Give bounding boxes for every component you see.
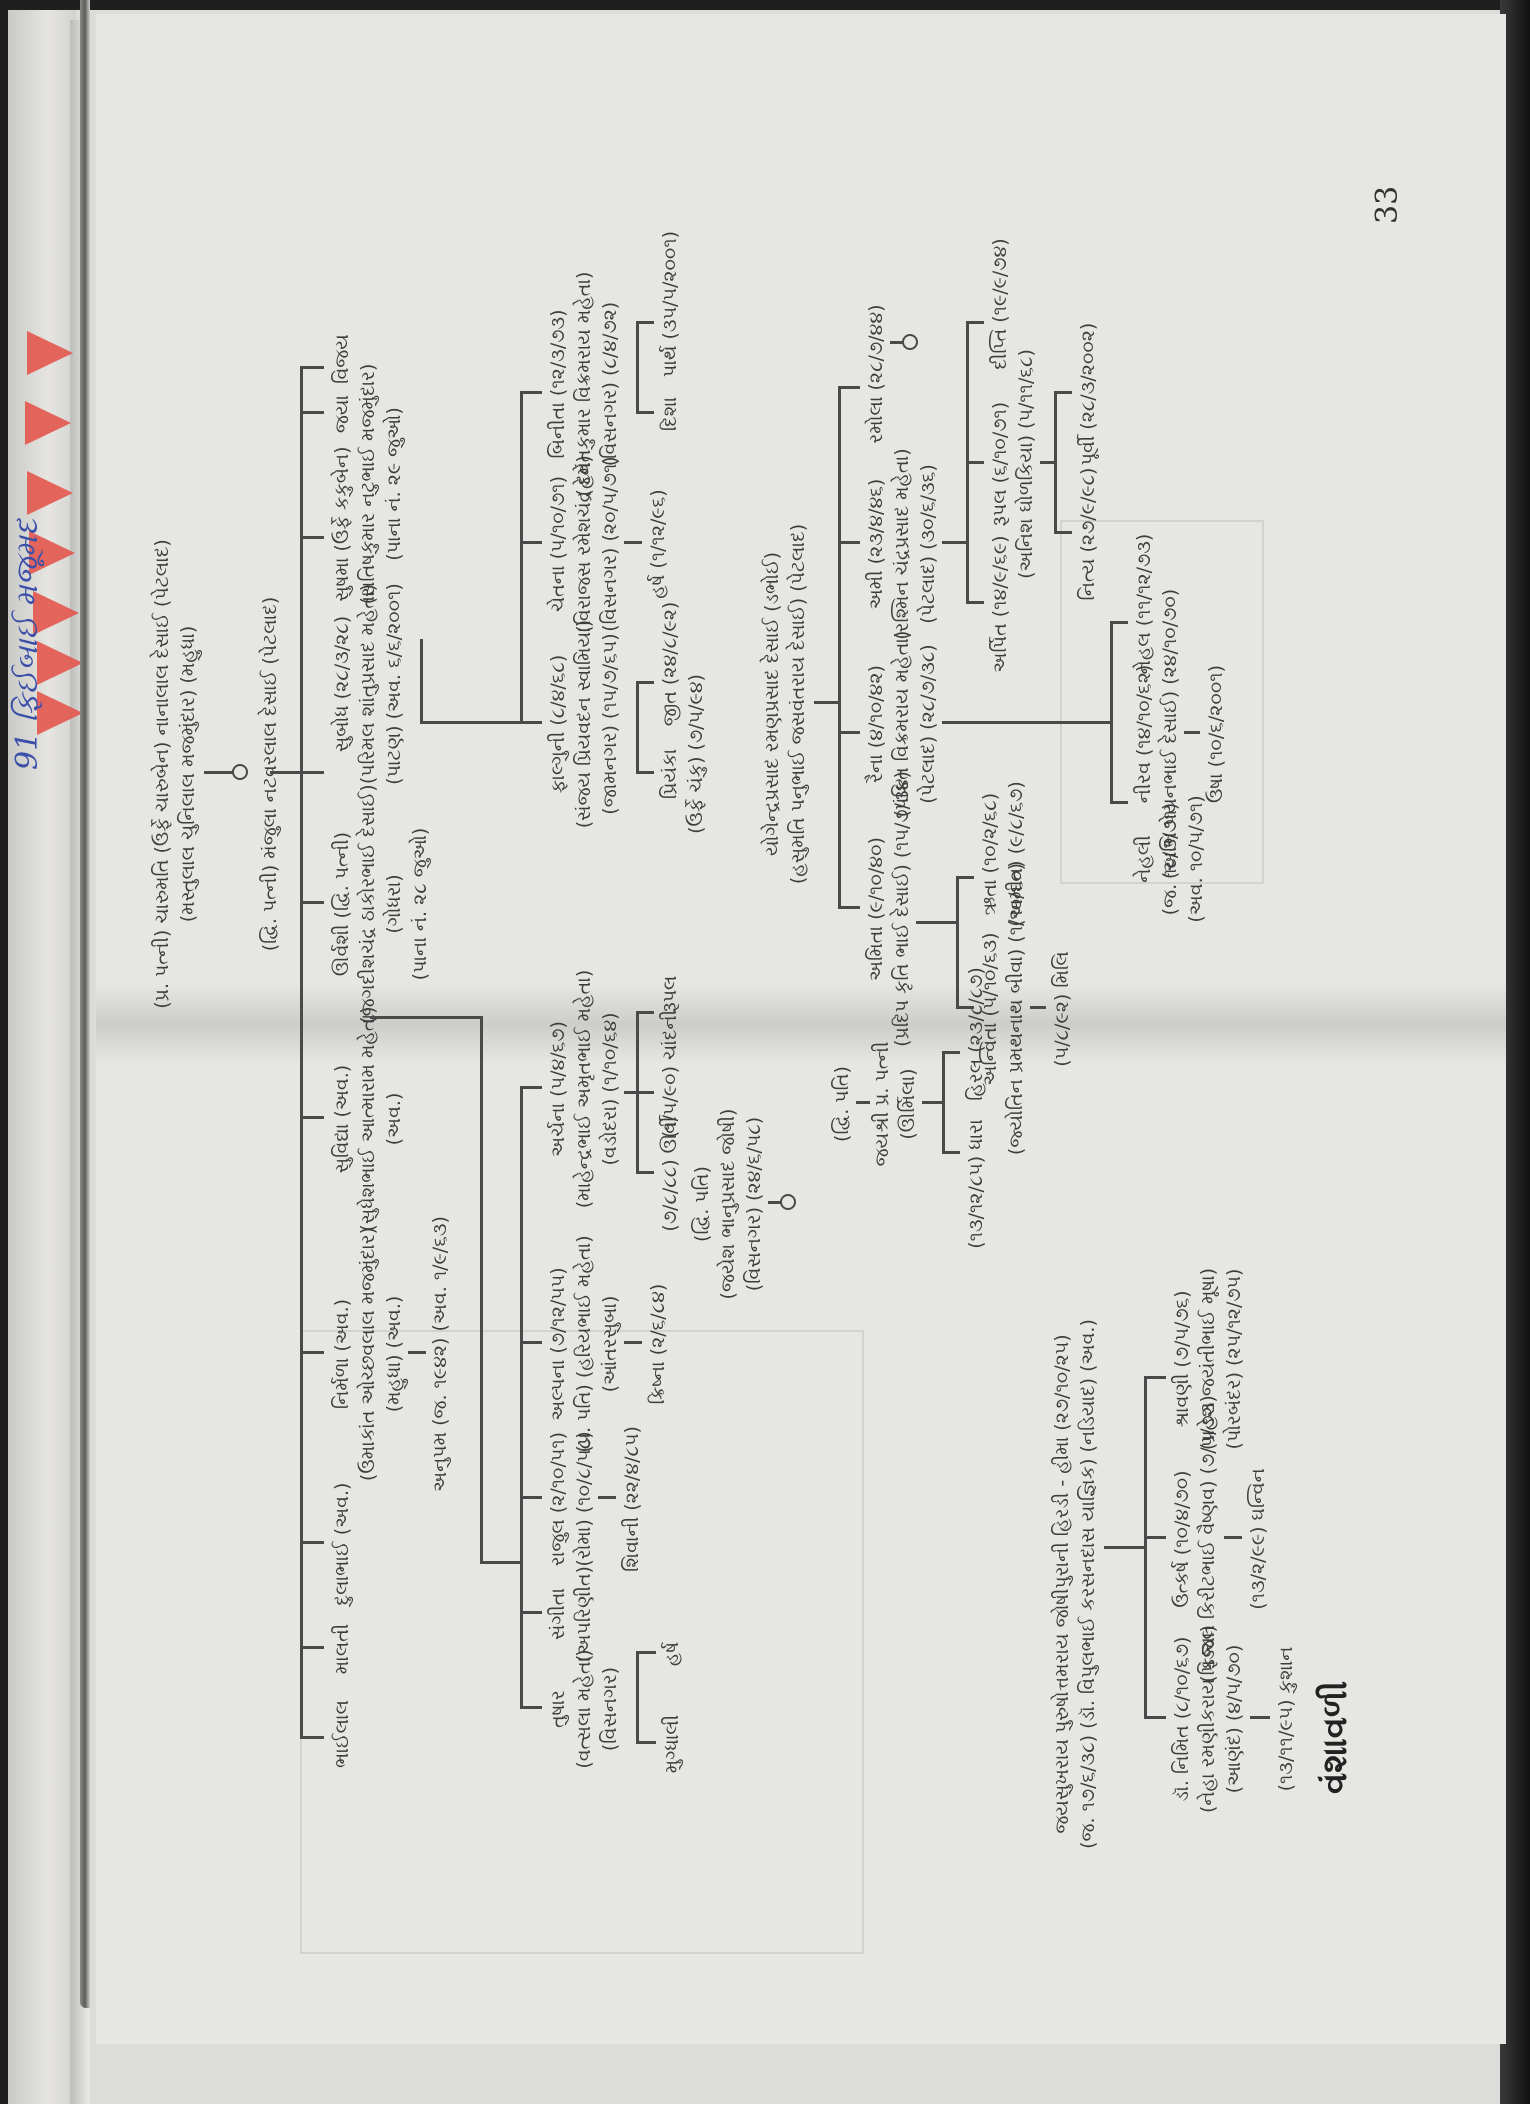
branch-head-line: યોગેન્દ્રપ્રસાદ રમણપ્રસાદ દેસાઈ (ડભોઈ)	[760, 552, 784, 856]
tree-connector	[636, 1091, 654, 1094]
grandchild-name: અનુપમ (જ. ૧૯૪૨) (અવ. ૧/૯/૬૩)	[428, 1216, 452, 1492]
great-grandchild-name: હર્ષ (૧/૧૨/૯૬)	[646, 489, 670, 598]
great-grandchild-name: પાર્થ (૩૫/૫/૨૦૦૧)	[658, 231, 682, 377]
grandchild-spouse: (રશ્મિન ચંદ્રપ્રસાદ મહેતા)	[890, 448, 914, 639]
great-grandchild-name: રૂપલ	[658, 976, 682, 1013]
grandchild-place: (વડોદરા) (૧/૧૦/૬૪)	[598, 1012, 622, 1165]
great-grandchild-name: રૂપલ (૬/૧૦/૭૧)	[988, 402, 1012, 526]
child-name: સુષમા (ઉર્ફે કકુબેન)	[330, 446, 354, 601]
tree-connector	[916, 921, 956, 924]
grandchild-spouse: (પ્ર. પતિ) (હરિયભાઈ મહેતા)	[572, 1235, 596, 1452]
tree-connector	[300, 1541, 324, 1544]
tree-connector	[520, 1611, 542, 1614]
child-name: ઊર્વશી (દ્વિ. પત્ની)	[330, 832, 354, 976]
grandchild-name: ડૉ. નિમિત (૮/૧૦/૬૭)	[1170, 1637, 1194, 1802]
tree-connector	[520, 394, 523, 724]
great-great-grandchild-name: (૫/૮/૯૨) મિલિ	[1050, 951, 1074, 1066]
tree-connector	[636, 684, 639, 774]
tree-connector	[624, 1091, 636, 1094]
tree-connector	[1104, 1546, 1144, 1549]
tree-connector	[838, 389, 841, 909]
tree-connector	[480, 1561, 520, 1564]
tree-connector	[856, 1101, 870, 1104]
tree-connector	[1144, 1376, 1166, 1379]
grandchild-name: (૧૩/૧૨/૮૫) ધારા	[964, 1119, 988, 1249]
great-great-grandchild-name: પૂર્વી (૨૮/૩/૨૦૦૨)	[1076, 323, 1100, 466]
child-place: (મહુધા) (અવ.)	[382, 1296, 406, 1413]
tree-connector	[966, 321, 984, 324]
great-grandchild-name: (૧/૫/૯૦) ચાંદની	[658, 1010, 682, 1138]
great-great-grandchild-name: નિત્ય (૨૭/૯/૯૮)	[1076, 468, 1100, 601]
page-number: 33	[1370, 186, 1405, 224]
tree-connector	[1250, 1716, 1270, 1719]
tree-connector	[300, 411, 324, 414]
tree-connector	[838, 386, 860, 389]
great-grandchild-name: દીપ્તિ (૧૯/૯/૭૪)	[988, 238, 1012, 369]
tree-connector	[838, 906, 860, 909]
tree-connector	[408, 1351, 426, 1354]
child-note: (પાના નં. ૨૯ જુઓ)	[382, 407, 406, 560]
tree-connector	[636, 681, 654, 684]
tree-connector	[636, 411, 654, 414]
tree-connector	[520, 1496, 542, 1499]
grandchild-name: અર્ચના (૫/૪/૬૭)	[546, 1021, 570, 1157]
tree-connector	[1030, 1006, 1046, 1009]
great-grandchild-name: નેહલી	[1132, 835, 1156, 882]
tree-connector	[1054, 394, 1057, 534]
tree-connector	[480, 1016, 483, 1564]
child-name: વિજય	[330, 334, 354, 384]
tree-connector	[922, 1101, 942, 1104]
tree-connector	[300, 1736, 324, 1739]
child-spouse: (જગદીશચંદ્ર ઠાકોરભાઈ દેસાઈ)	[356, 784, 380, 1023]
grandchild-spouse: (વત્સલા મહેતા)	[572, 1649, 596, 1768]
tree-connector	[300, 901, 324, 904]
branch-head-line: જયશ્રી પ્ર. પત્ની	[870, 1042, 894, 1167]
great-grandchild-name: પ્રિયંકા	[658, 749, 682, 799]
tree-connector	[956, 876, 974, 879]
grandchild-spouse: (પ્રહેશ જયંતીભાઈ મૂષા)	[1196, 1268, 1220, 1450]
grandchild-place: (પોરબંદર) (૨૫/૧૨/૭૫)	[1222, 1269, 1246, 1450]
root-second-wife-line: (દ્વિ. પત્ની) મંજુલા નટવરલાલ દેસાઈ (પેટલ…	[258, 597, 282, 952]
tree-connector	[636, 1651, 656, 1654]
great-grandchild-spouse: (અનિશ ઘોળકિયા) (૫/૧૧/૬૮)	[1014, 349, 1038, 579]
tree-connector	[1224, 1536, 1242, 1539]
tree-connector	[300, 366, 324, 369]
tree-connector	[636, 1014, 639, 1174]
tree-connector	[1110, 624, 1113, 804]
branch-head-line: (જ. ૧૭/૬/૩૮) (ડૉ. વિપુલભાઈ કરસનદાસ યાજ્ઞ…	[1076, 1319, 1100, 1849]
tree-connector	[598, 1496, 616, 1499]
tree-connector	[1054, 391, 1072, 394]
grandchild-name: તુષાર	[546, 1690, 570, 1728]
page-fold-shadow	[96, 984, 1506, 1064]
tree-connector	[636, 1741, 656, 1744]
tree-connector	[300, 536, 324, 539]
great-grandchild-name: હર્ષ	[660, 1642, 684, 1666]
child-name: સુવિદ્યા (અવ.)	[330, 1065, 354, 1173]
great-grandchild-name: નેહલ (૧૧/૧૨/૭૩)	[1132, 534, 1156, 675]
child-place: (ગોધરા)	[382, 874, 406, 933]
tree-connector	[1054, 531, 1072, 534]
root-couple-line: (મસ્તુલાલ ચુનિલાલ મજમુંદાર) (મહુધા)	[176, 626, 200, 922]
grandchild-spouse: (માહેન્દ્રભાઈ અમૃતભાઈ મહેતા)	[572, 970, 596, 1209]
tree-connector	[420, 721, 520, 724]
tree-connector	[942, 1051, 960, 1054]
tree-connector	[1144, 1379, 1147, 1719]
tree-connector	[636, 321, 654, 324]
child-place: (પાટણ) (અવ. ૬/૬/૨૦૦૧)	[382, 583, 406, 785]
tree-connector	[956, 879, 959, 1009]
grandchild-name: શ્રાવણી (૭/૫/૭૬)	[1170, 1290, 1194, 1427]
great-great-grandchild-name: ઉષા (૧૦/૬/૨૦૦૧)	[1204, 665, 1228, 803]
tree-connector	[624, 541, 642, 544]
tree-connector	[1184, 731, 1200, 734]
tree-connector	[1110, 801, 1128, 804]
tree-connector	[942, 1151, 960, 1154]
great-grandchild-name: ક્રિષ્ના (૨/૬/૮૪)	[646, 1284, 670, 1405]
great-grandchild-spouse: (અમીત) (૯/૮/૬૭)	[1004, 781, 1028, 927]
child-name: સુબોધ (૨૮/૩/૨૮)	[330, 616, 354, 752]
tree-connector	[636, 324, 639, 414]
grandchild-name: ચેતના (૫/૧૦/૭૧)	[546, 476, 570, 612]
child-name: જયા	[330, 395, 354, 433]
tree-connector	[1110, 621, 1128, 624]
tree-connector	[1040, 461, 1054, 464]
tree-connector	[966, 324, 969, 604]
great-grandchild-name: જીત (૨૪/૮/૯૨)	[658, 602, 682, 727]
second-husband-label: (દ્વિ. પતિ)	[690, 1166, 714, 1242]
grandchild-name: રૈના (૪/૧૦/૪૨)	[864, 665, 888, 783]
branch-head-line: (ઊર્મિલા)	[896, 1068, 920, 1139]
tree-connector	[1052, 721, 1110, 724]
great-grandchild-name: શિવાની (૨૨/૪/૮૫)	[620, 1426, 644, 1572]
tree-connector	[520, 1341, 542, 1344]
child-name: નિર્મળા (અવ.)	[330, 1299, 354, 1409]
great-grandchild-name: (૧૩/૨/૯૯) ઘન્વિન	[1246, 1468, 1270, 1610]
child-spouse: (ઉમાકાંત ઓચ્છવલાલ મજમુંદાર)	[356, 1227, 380, 1481]
tree-connector	[300, 1116, 324, 1119]
grandchild-name: અલ્પના (૭/૧૨/૫૫)	[546, 1267, 570, 1420]
grandchild-name: રમોલા (૨૮/૭/૪૪)	[864, 304, 888, 443]
grandchild-name: સંગીતા	[546, 1588, 570, 1640]
grandchild-name: ફાલ્ગુની (૮/૪/૬૮)	[546, 655, 570, 794]
grandchild-name: ઉત્કર્ષ (૧૦/૪/૭૦)	[1170, 1470, 1194, 1607]
grandchild-name: રાજુલ (૨/૧૦/૫૧)	[546, 1432, 570, 1566]
root-couple-line: (પ્ર. પત્ની) ચારુમતિ (ઉર્ફે ચારુબેન) નાન…	[150, 539, 174, 1009]
great-grandchild-name: દિશા	[658, 397, 682, 431]
child-place: (અવ.)	[382, 1093, 406, 1146]
page-title: વંશાવળી	[1315, 1681, 1355, 1794]
tree-connector	[300, 1351, 324, 1354]
tree-connector	[420, 639, 423, 724]
grandchild-spouse: (હેમંતકુમાર વિક્રમરાય મહેતા)	[572, 272, 596, 497]
node-circle-icon	[232, 764, 248, 780]
child-spouse: (સુધેશભાઈ આત્મારામ મહેતા)	[356, 1006, 380, 1231]
tree-connector	[370, 1016, 480, 1019]
great-grandchild-name: મુગ્ધાલી	[660, 1715, 684, 1773]
tree-connector	[636, 1171, 654, 1174]
grandchild-name: હિરલ (૨૩/૮/૮૭)	[964, 967, 988, 1101]
great-grandchild-name: (૧૩/૧૧/૯૫) કુશાન	[1274, 1647, 1298, 1792]
tree-connector	[300, 369, 303, 1739]
tree-connector	[636, 1654, 639, 1744]
tree-connector	[942, 1054, 945, 1154]
grandchild-place: (જામનગર) (૧૫/૭/૬૫)	[598, 633, 622, 814]
tree-connector	[270, 771, 324, 774]
tree-connector	[624, 1341, 642, 1344]
node-circle-icon	[902, 334, 918, 350]
tree-connector	[520, 1086, 542, 1089]
grandchild-place: (વિસનગર)	[598, 1667, 622, 1751]
branch-head-line: જયસુખરાય પુરુષોત્તમરાય જોષીપુરાની હિરડી …	[1050, 1334, 1074, 1833]
grandchild-place: (આંતરસુબા)	[598, 1296, 622, 1393]
grandchild-place: (વિસનગર) (૨૦/૫/૭૧)	[598, 456, 622, 631]
document-page: (પ્ર. પત્ની) ચારુમતિ (ઉર્ફે ચારુબેન) નાન…	[0, 0, 1530, 2104]
grandchild-name: અમિતા (૯/૧૦/૪૦)	[864, 837, 888, 981]
tree-connector	[520, 541, 542, 544]
child-name: દુલાભાઈ (અવ.)	[330, 1483, 354, 1606]
tree-connector	[636, 1011, 654, 1014]
great-grandchild-note: (ઉર્ફે ચંકુ) (૭/૫/૯૪)	[684, 674, 708, 834]
tree-connector	[300, 1646, 324, 1649]
branch-head-line: (હસુમતિ પનુભાઈ જસવંતરાય દેસાઈ) (પેટલાદ)	[786, 524, 810, 884]
tree-connector	[966, 601, 984, 604]
tree-connector	[942, 541, 966, 544]
tree-connector	[520, 1089, 523, 1709]
grandchild-place: (વિસનગર) (૮/૪/૭૨)	[598, 302, 622, 466]
great-grandchild-name: નીરવ (૧૪/૧૦/૬૨)	[1132, 665, 1156, 804]
tree-connector	[636, 771, 654, 774]
tree-connector	[520, 721, 542, 724]
second-husband-place: (વિસનગર) (૨૪/૬/૫૮)	[742, 1117, 766, 1291]
tree-connector	[838, 731, 860, 734]
child-note: (પાના નં. ૨૮ જુઓ)	[408, 828, 432, 981]
tree-connector	[520, 391, 542, 394]
second-husband-label: (દ્વિ. પતિ)	[830, 1066, 854, 1142]
tree-connector	[942, 721, 1052, 724]
great-grandchild-spouse: (અભિ પેયનભાઈ દેસાઈ) (૨૪/૧૦/૭૦)	[1158, 589, 1182, 879]
tree-connector	[1144, 1716, 1166, 1719]
tree-connector	[204, 771, 234, 774]
child-name: ભાઈલાલ	[330, 1700, 354, 1768]
child-spouse: (સતિષકુમાર નટુભાઈ મજમુંદાર)	[356, 364, 380, 605]
grandchild-name: બિનીતા (૧૨/૩/૭૩)	[546, 309, 570, 458]
tree-connector	[966, 461, 984, 464]
page-top-edge	[80, 0, 90, 2008]
great-grandchild-name: ઋતા (૧૦/૨/૬૮)	[978, 793, 1002, 915]
tree-connector	[1144, 1536, 1166, 1539]
grandchild-place: (આણંદ) (૪/૫/૭૦)	[1222, 1645, 1246, 1794]
great-grandchild-name: અર્પિત (૧૪/૯/૬૯)	[988, 535, 1012, 672]
grandchild-spouse: (સંજય પ્રિયવદન સ્વામિયા)	[572, 620, 596, 828]
tree-connector	[814, 701, 838, 704]
grandchild-place: (પેટલાદ) (૨૮/૭/૩૮)	[916, 644, 940, 803]
grandchild-spouse: (અપરિણીત)	[572, 1566, 596, 1662]
grandchild-place: (પેટલાદ) (૩૦/૬/૩૬)	[916, 464, 940, 624]
tree-connector	[838, 541, 860, 544]
tree-connector	[520, 1706, 542, 1709]
second-husband-name: (જયેશ ભાનુપ્રસાદ જોષી)	[716, 1109, 740, 1300]
node-circle-icon	[780, 1194, 796, 1210]
child-name: માલતી	[330, 1624, 354, 1674]
child-spouse: (પરિમલ શાંતુપ્રસાદ મહેતા)	[356, 584, 380, 784]
grandchild-name: અમી (૨૩/૪/૪૬)	[864, 479, 888, 610]
great-grandchild-place: (અવ. ૧૦/૫/૭૧)	[1184, 795, 1208, 922]
grandchild-spouse: (પંકિત વિક્રમરાય મહેતા)	[890, 631, 914, 818]
